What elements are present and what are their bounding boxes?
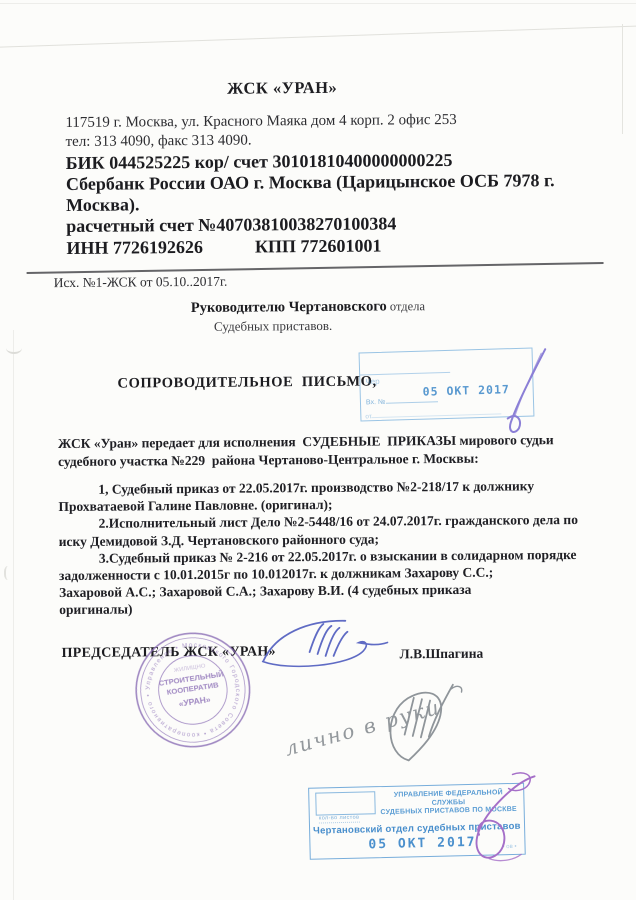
- scanned-letter-page: ЖСК «УРАН» 117519 г. Москва, ул. Красног…: [0, 0, 636, 900]
- org-settlement-account: расчетный счет №40703810038270100384: [66, 213, 396, 237]
- stamp-org-fragment: Чер: [365, 377, 379, 386]
- sheet-count-box: [315, 791, 376, 815]
- bailiff-signature-ink: [455, 768, 544, 867]
- sheet-count-label: кол-во листов: [319, 815, 360, 824]
- chairman-name: Л.В.Шпагина: [400, 646, 484, 663]
- letter-item-2: 2.Исполнительный лист Дело №2-5448/16 от…: [59, 511, 619, 550]
- stamp-bottom-row: от: [365, 407, 502, 420]
- letter-item-3: 3.Судебный приказ № 2-216 от 22.05.2017г…: [59, 545, 620, 618]
- addressee-line1: Руководителю Чертановского отдела: [191, 298, 425, 317]
- chairman-signature-ink: [257, 613, 393, 676]
- stamp-bottom-blank: [372, 407, 502, 418]
- document-title: СОПРОВОДИТЕЛЬНОЕ ПИСЬМО,: [117, 374, 376, 393]
- handwritten-signature: [371, 676, 476, 781]
- org-title: ЖСК «УРАН»: [0, 76, 567, 100]
- stamp-cell-divider: [360, 372, 450, 376]
- seal-center-line3: «УРАН»: [178, 694, 211, 709]
- org-bank: Сбербанк России ОАО г. Москва (Царицынск…: [66, 170, 606, 216]
- clerk-signature-ink: [491, 346, 552, 436]
- letter-intro: ЖСК «Уран» передает для исполнения СУДЕБ…: [58, 431, 618, 470]
- org-round-seal: • Управление • Московского Городского Со…: [121, 618, 264, 761]
- org-kpp: КПП 772601001: [255, 235, 382, 257]
- header-divider: [27, 262, 604, 274]
- org-inn-kpp: ИНН 7726192626 КПП 772601001: [66, 235, 381, 258]
- org-bik-account: БИК 044525225 кор/ счет 3010181040000000…: [66, 150, 453, 174]
- letter-items: 1, Судебный приказ от 22.05.2017г. произ…: [58, 477, 619, 619]
- addressee-rest: отдела: [387, 299, 425, 313]
- incoming-number-label: Вх. №: [366, 399, 386, 407]
- addressee-line2: Судебных приставов.: [214, 318, 332, 335]
- letter-item-1: 1, Судебный приказ от 22.05.2017г. произ…: [58, 477, 618, 516]
- outgoing-ref: Исх. №1-ЖСК от 05.10..2017г.: [54, 274, 228, 291]
- org-address: 117519 г. Москва, ул. Красного Маяка дом…: [65, 112, 456, 132]
- org-phone: тел: 313 4090, факс 313 4090.: [66, 133, 252, 151]
- addressee-bold: Руководителю Чертановского: [191, 298, 387, 316]
- org-inn: ИНН 7726192626: [66, 237, 203, 259]
